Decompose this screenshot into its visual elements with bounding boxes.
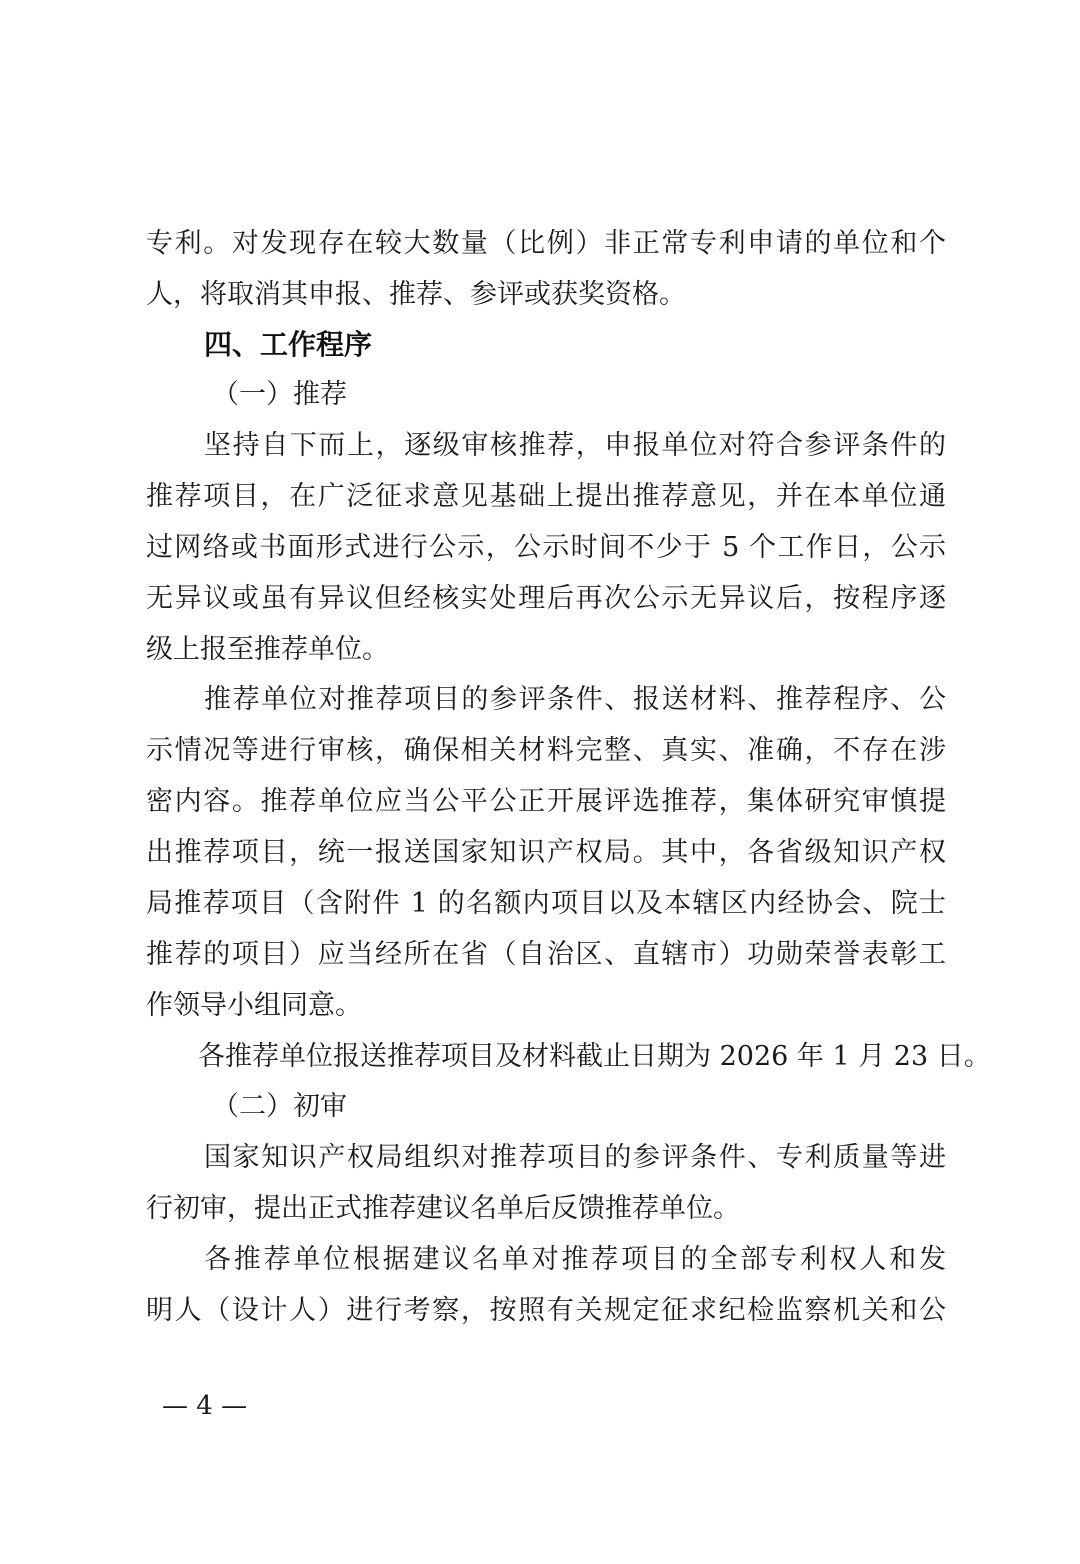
body-line: 示情况等进行审核，确保相关材料完整、真实、准确，不存在涉	[146, 733, 946, 769]
document-page: 专利。对发现存在较大数量（比例）非正常专利申请的单位和个 人，将取消其申报、推荐…	[0, 0, 1080, 1564]
body-line: 作领导小组同意。	[146, 988, 946, 1024]
body-line: 坚持自下而上，逐级审核推荐，申报单位对符合参评条件的	[204, 428, 946, 464]
body-line: 专利。对发现存在较大数量（比例）非正常专利申请的单位和个	[146, 226, 946, 262]
body-line: 推荐的项目）应当经所在省（自治区、直辖市）功勋荣誉表彰工	[146, 937, 946, 973]
body-line: 局推荐项目（含附件 1 的名额内项目以及本辖区内经协会、院士	[146, 886, 946, 922]
body-line: 明人（设计人）进行考察，按照有关规定征求纪检监察机关和公	[146, 1293, 946, 1329]
body-line: 人，将取消其申报、推荐、参评或获奖资格。	[146, 277, 946, 313]
body-line: 国家知识产权局组织对推荐项目的参评条件、专利质量等进	[204, 1140, 946, 1176]
body-line: 级上报至推荐单位。	[146, 632, 946, 668]
body-line: 行初审，提出正式推荐建议名单后反馈推荐单位。	[146, 1191, 946, 1227]
body-line: 密内容。推荐单位应当公平公正开展评选推荐，集体研究审慎提	[146, 784, 946, 820]
section-heading: 四、工作程序	[204, 327, 372, 363]
deadline-line: 各推荐单位报送推荐项目及材料截止日期为 2026 年 1 月 23 日。	[198, 1039, 946, 1075]
page-number: — 4 —	[162, 1388, 247, 1424]
body-line: 推荐项目，在广泛征求意见基础上提出推荐意见，并在本单位通	[146, 479, 946, 515]
subsection-title-preliminary-review: （二）初审	[212, 1089, 347, 1125]
body-line: 推荐单位对推荐项目的参评条件、报送材料、推荐程序、公	[204, 682, 946, 718]
body-line: 无异议或虽有异议但经核实处理后再次公示无异议后，按程序逐	[146, 581, 946, 617]
subsection-title-recommend: （一）推荐	[212, 377, 347, 413]
body-line: 各推荐单位根据建议名单对推荐项目的全部专利权人和发	[204, 1242, 946, 1278]
body-line: 过网络或书面形式进行公示，公示时间不少于 5 个工作日，公示	[146, 530, 946, 566]
body-line: 出推荐项目，统一报送国家知识产权局。其中，各省级知识产权	[146, 835, 946, 871]
